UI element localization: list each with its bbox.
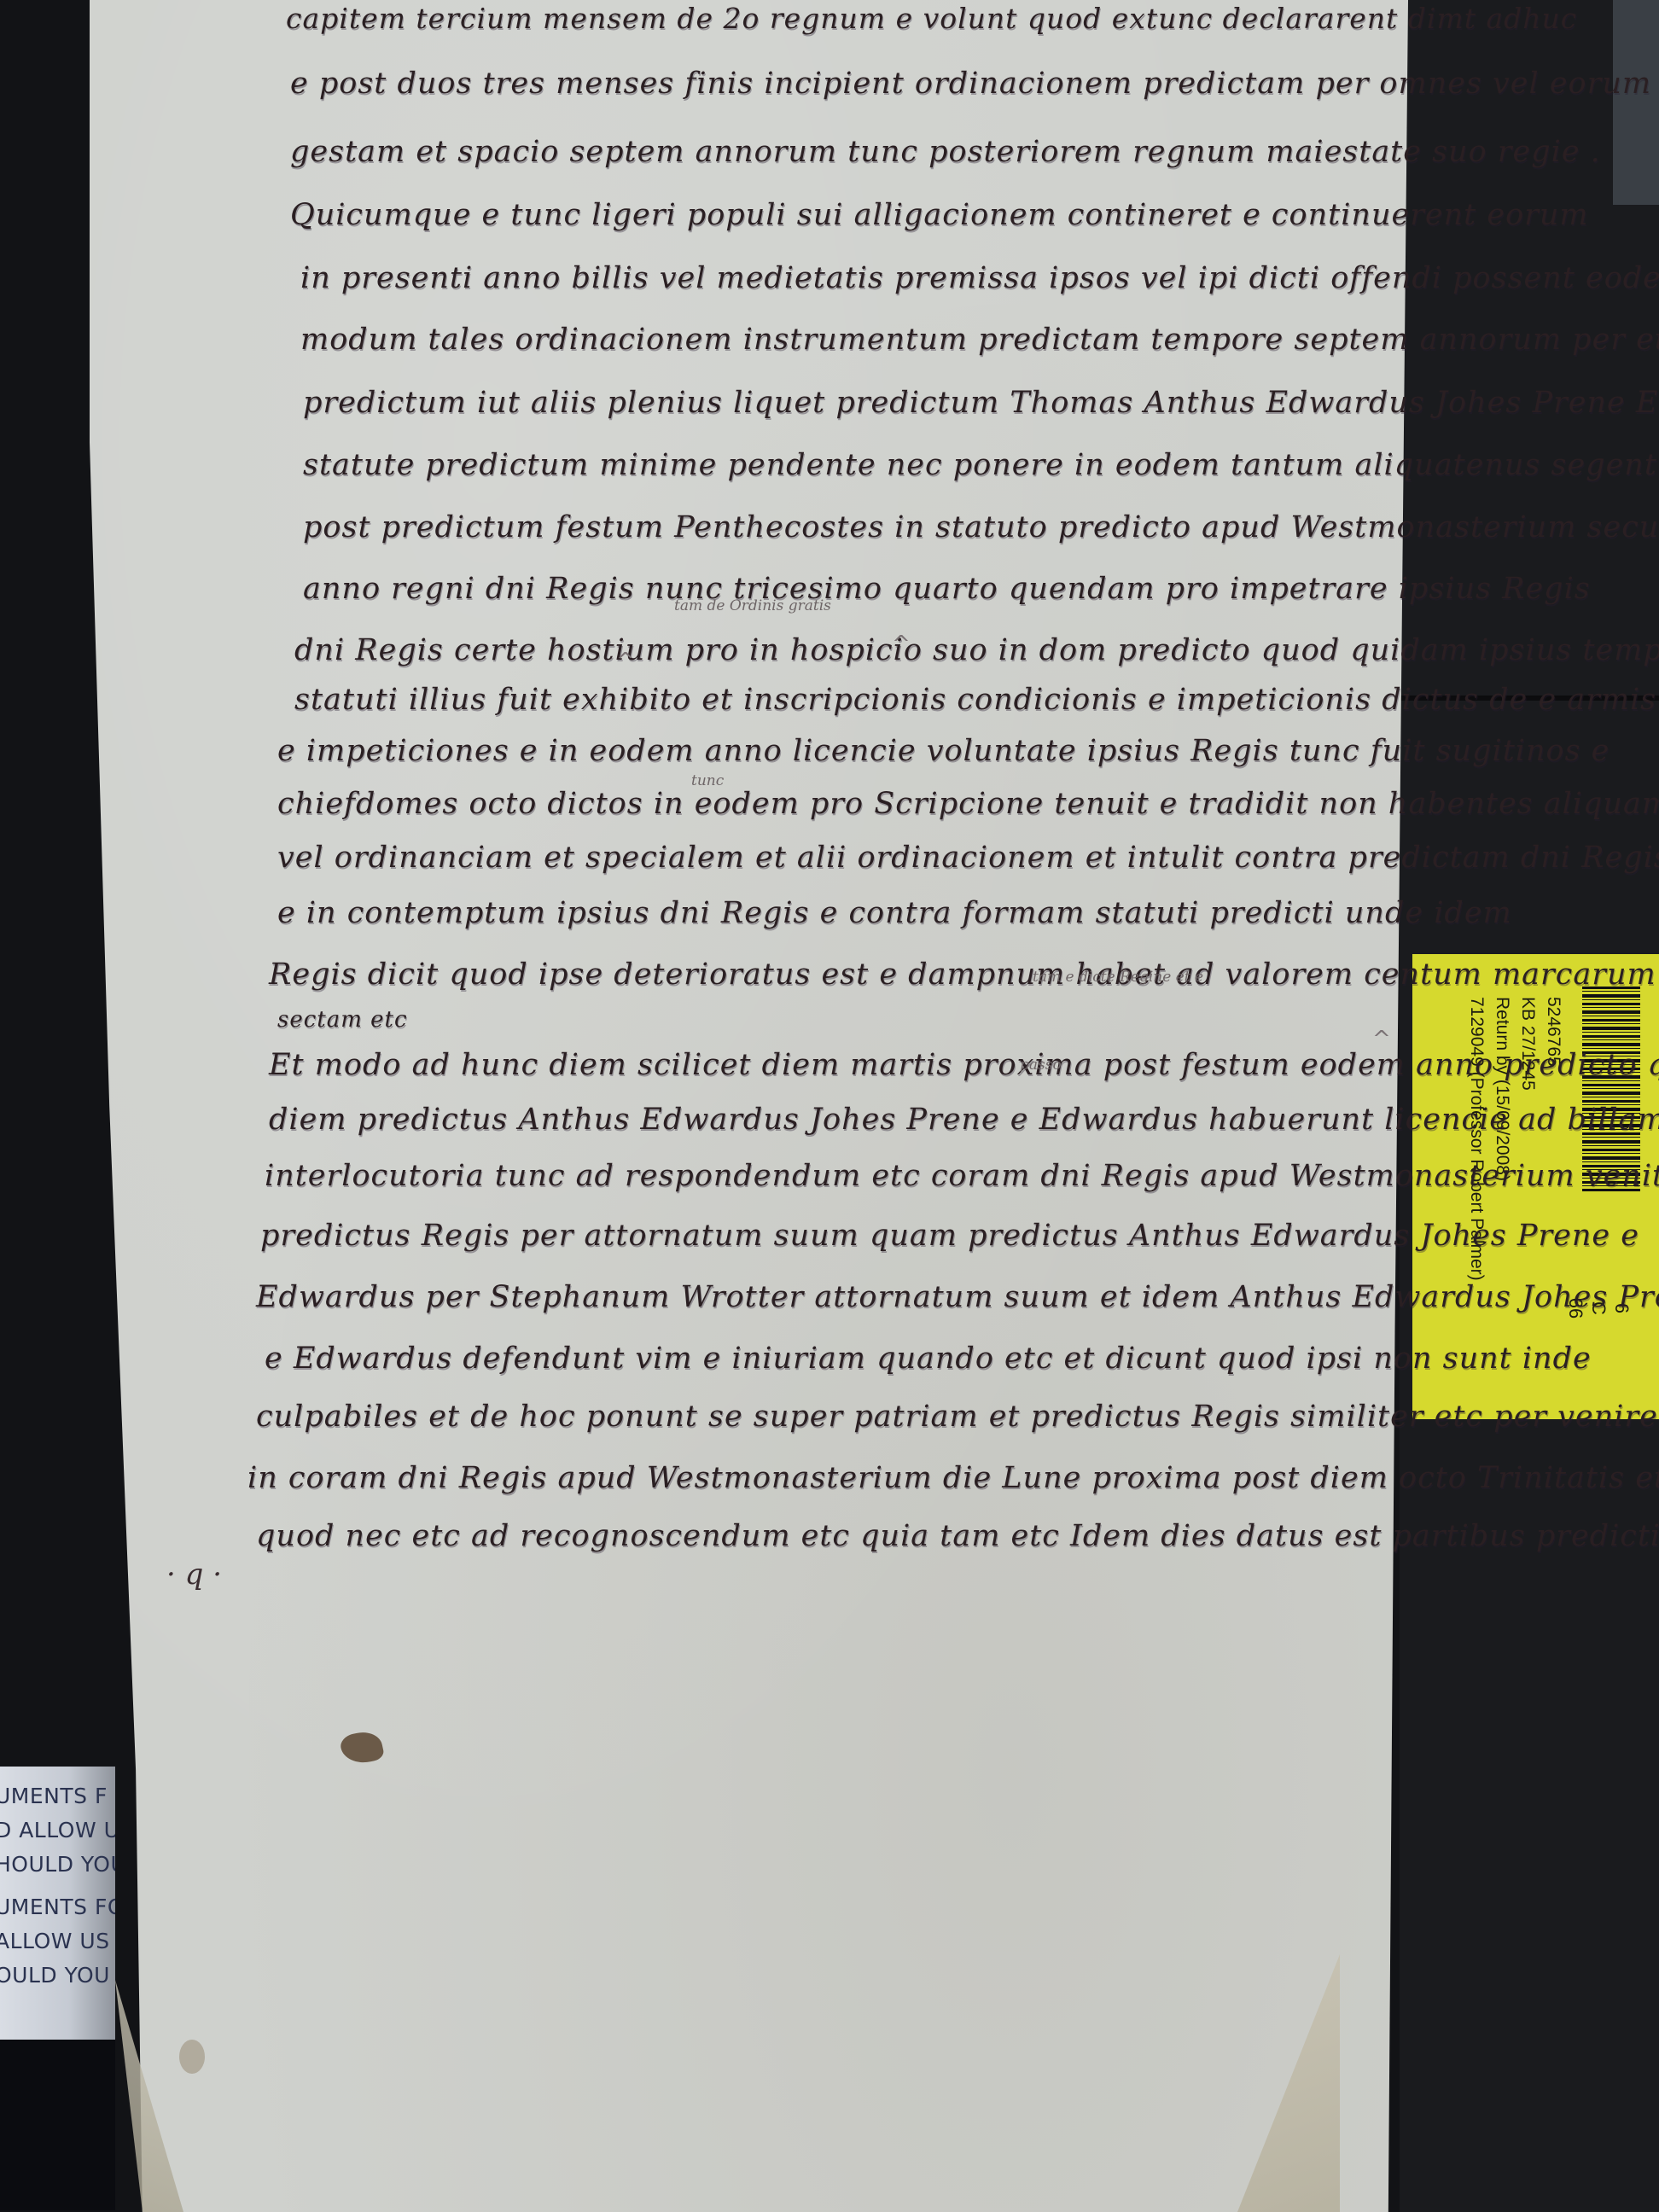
sticker-line: ALLOW US — [0, 1929, 110, 1953]
interlinear-note: passo — [1020, 1057, 1062, 1074]
caret-mark: ^ — [616, 649, 635, 674]
manuscript-line: e in contemptum ipsius dni Regis e contr… — [277, 896, 1512, 930]
sticker-line: HOULD YOU — [0, 1852, 115, 1877]
interlinear-note: tam de Ordinis gratis — [674, 597, 831, 614]
manuscript-line: e post duos tres menses finis incipient … — [290, 67, 1651, 101]
sticker-line: D ALLOW U — [0, 1818, 115, 1842]
manuscript-line: statuti illius fuit exhibito et inscripc… — [294, 683, 1659, 717]
manuscript-line: Et modo ad hunc diem scilicet diem marti… — [269, 1048, 1659, 1082]
manuscript-line: modum tales ordinacionem instrumentum pr… — [300, 323, 1659, 357]
interlinear-note: tam e dicte Regine et e — [1033, 969, 1203, 986]
manuscript-line: chiefdomes octo dictos in eodem pro Scri… — [277, 787, 1659, 821]
manuscript-line: e Edwardus defendunt vim e iniuriam quan… — [265, 1342, 1592, 1376]
caret-mark: ^ — [892, 632, 911, 657]
manuscript-line: Regis dicit quod ipse deterioratus est e… — [269, 958, 1659, 992]
grey-background-strip — [1613, 0, 1659, 205]
manuscript-line: sectam etc — [277, 1007, 408, 1033]
sticker-line: OULD YOU N — [0, 1963, 115, 1988]
margin-note: · q · — [166, 1557, 222, 1592]
interlinear-note: tunc — [691, 772, 724, 789]
manuscript-line: in coram dni Regis apud Westmonasterium … — [247, 1461, 1659, 1495]
manuscript-line: in presenti anno billis vel medietatis p… — [300, 261, 1659, 295]
sticker-line: UMENTS F — [0, 1784, 108, 1808]
manuscript-line: dni Regis certe hostium pro in hospicio … — [294, 633, 1659, 667]
manuscript-line: predictum iut aliis plenius liquet predi… — [303, 386, 1659, 420]
left-sticker: UMENTS F D ALLOW U HOULD YOU UMENTS FO A… — [0, 1767, 115, 2040]
manuscript-line: post predictum festum Penthecostes in st… — [303, 510, 1659, 544]
manuscript-line: vel ordinanciam et specialem et alii ord… — [277, 841, 1659, 875]
manuscript-line: capitem tercium mensem de 2o regnum e vo… — [286, 2, 1577, 35]
manuscript-line: Quicumque e tunc ligeri populi sui allig… — [290, 198, 1589, 232]
manuscript-line: Edwardus per Stephanum Wrotter attornatu… — [256, 1280, 1659, 1314]
label-return-date: Return by (15/09/2008) — [1492, 997, 1512, 1181]
manuscript-line: anno regni dni Regis nunc tricesimo quar… — [303, 572, 1591, 606]
manuscript-line: culpabiles et de hoc ponunt se super pat… — [256, 1400, 1658, 1434]
caret-mark: ^ — [1372, 1027, 1391, 1052]
manuscript-line: statute predictum minime pendente nec po… — [303, 448, 1657, 482]
manuscript-line: predictus Regis per attornatum suum quam… — [260, 1219, 1639, 1253]
manuscript-line: gestam et spacio septem annorum tunc pos… — [290, 135, 1601, 169]
manuscript-line: interlocutoria tunc ad respondendum etc … — [265, 1159, 1659, 1193]
sticker-shadow — [0, 2040, 115, 2210]
manuscript-line: e impeticiones e in eodem anno licencie … — [277, 734, 1610, 768]
stain — [179, 2040, 205, 2074]
sticker-line: UMENTS FO — [0, 1895, 115, 1919]
manuscript-line: quod nec etc ad recognoscendum etc quia … — [256, 1519, 1659, 1553]
manuscript-line: diem predictus Anthus Edwardus Johes Pre… — [269, 1103, 1659, 1137]
